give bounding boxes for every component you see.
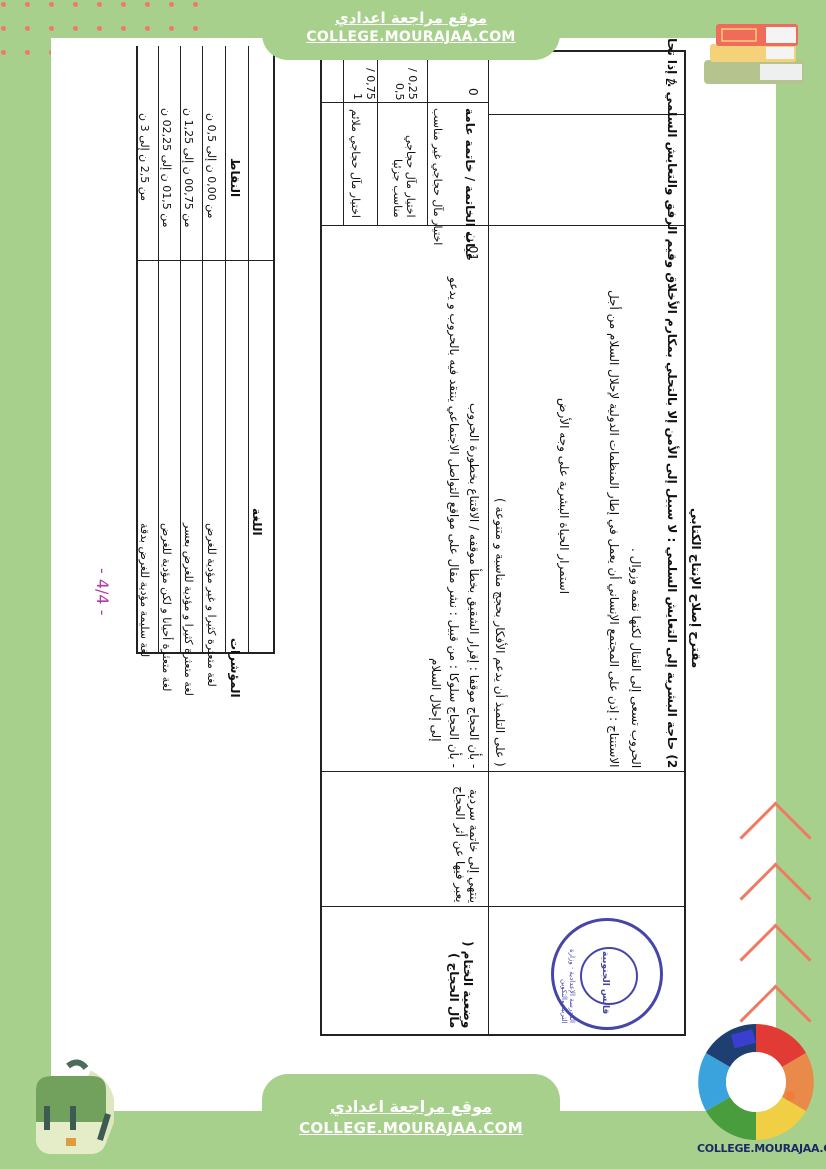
lang-indicator: لغة متعثرة كثيرا و غير مؤدية للغرض	[205, 523, 218, 687]
criteria-option: غياب الخاتمة / خاتمة عامة	[463, 108, 477, 261]
decor-dot	[1, 2, 6, 7]
instruction-item: - بأن الحجاج موقفا : إقرار الشقيق بخطأ م…	[467, 258, 481, 768]
lang-points: من 00,75 ن إلى 1,25 ن	[182, 108, 195, 228]
document-title: مقترح إصلاح الإنتاج الكتابي	[689, 508, 703, 668]
main-text-line: لا سبيل إلى الأمن إلا بالتحلي بمكارم الأ…	[665, 38, 679, 533]
main-text-line: الحروب تسعى إلى القتال لكنها نقمة وزوال …	[629, 278, 643, 768]
lang-indicators-header: المؤشرات	[228, 638, 242, 698]
scanned-document: مقترح إصلاح الإنتاج الكتابي 2 2) حاجة ال…	[51, 38, 776, 1074]
banner-arabic[interactable]: موقع مراجعة اعدادي	[262, 1096, 560, 1118]
decor-dot	[73, 2, 78, 7]
backpack-icon	[18, 1056, 114, 1156]
banner-url[interactable]: COLLEGE.MOURAJAA.COM	[262, 28, 560, 46]
decor-dot	[193, 2, 198, 7]
main-text-heading: 2) حاجة البشرية إلى التعايش السلمي :	[665, 537, 679, 768]
criteria-option: اختيار مآل حجاجي ملائم	[349, 108, 362, 218]
decor-dot	[121, 26, 126, 31]
lang-indicator: لغة سليمة مؤدية للغرض بدقة	[138, 523, 151, 657]
criteria-divider	[343, 52, 344, 225]
decor-dot	[25, 50, 30, 55]
decor-dot	[193, 26, 198, 31]
row-divider	[488, 114, 684, 115]
lang-indicator: لغة متعثرة كثيرا و مؤدية للغرض بعسر	[182, 523, 195, 696]
decor-dot	[169, 2, 174, 7]
lang-row-divider	[158, 46, 159, 652]
site-logo[interactable]	[695, 1022, 817, 1142]
site-banner-bottom[interactable]: موقع مراجعة اعدادي COLLEGE.MOURAJAA.COM	[262, 1074, 560, 1169]
decor-dot	[97, 26, 102, 31]
decor-dot	[25, 2, 30, 7]
site-banner-top[interactable]: موقع مراجعة اعدادي COLLEGE.MOURAJAA.COM	[262, 0, 560, 60]
lang-row-divider	[225, 46, 226, 652]
conclusion-row-label: وضعية الختام ( مآل الحجاج )	[447, 918, 475, 1028]
banner-arabic[interactable]: موقع مراجعة اعدادي	[262, 8, 560, 28]
instruction-item: - بأن الحجاج سلوكا : من قبيل : نشر مقال …	[447, 258, 461, 768]
lang-table-border-right	[273, 46, 275, 654]
decor-dot	[145, 26, 150, 31]
instruction-item: إلى إحلال السلام	[429, 658, 443, 742]
decor-dot	[73, 26, 78, 31]
decor-dot	[145, 2, 150, 7]
row-divider	[320, 906, 686, 907]
lang-points: من 2,5 ن إلى 3 ن	[138, 113, 151, 201]
books-icon	[700, 12, 818, 92]
criteria-divider	[427, 52, 428, 225]
lang-row-divider	[202, 46, 203, 652]
row-divider	[320, 225, 686, 226]
decor-dot	[1, 50, 6, 55]
main-text-line: الاستنتاج : إذن على المجتمع الإنساني أن …	[607, 278, 621, 768]
decor-dot	[49, 26, 54, 31]
criteria-option-score: 0,75 / 1	[351, 60, 377, 100]
criteria-option: اختيار مآل حجاجي غير مناسب	[431, 108, 444, 245]
table-border-left	[320, 52, 322, 1036]
decor-dot	[121, 2, 126, 7]
lang-indicator: لغة متعثرة أحيانا و لكن مؤدية للغرض	[160, 523, 173, 691]
lang-table-divider	[136, 260, 275, 261]
criteria-option: اختيار مآل حجاجي مناسب جزئيا	[391, 108, 417, 218]
criteria-divider	[377, 52, 378, 225]
decor-dot	[169, 26, 174, 31]
criteria-option-score: 0	[466, 88, 480, 96]
lang-points: من 0,00 ن إلى 0,5 ن	[205, 113, 218, 219]
banner-url[interactable]: COLLEGE.MOURAJAA.COM	[262, 1118, 560, 1138]
table-border-right	[684, 50, 686, 1036]
row-divider	[320, 771, 686, 772]
lang-points: من 01,5 ن إلى 02,25 ن	[160, 108, 173, 228]
page-marker: - 4/4 -	[93, 568, 112, 615]
lang-row-divider	[248, 46, 249, 652]
decor-dot	[25, 26, 30, 31]
frame-left	[0, 0, 51, 1169]
stamp-outer-text: المدرسة الإعدادية · وزارة التربية والتكو…	[560, 929, 576, 1023]
logo-caption[interactable]: COLLEGE.MOURAJAA.COM	[697, 1142, 822, 1155]
main-text-heading-line: 2) حاجة البشرية إلى التعايش السلمي : لا …	[665, 278, 679, 768]
column-divider	[488, 52, 489, 1034]
main-text-line: استمرار الحياة البشرية على وجه الأرض	[557, 398, 571, 594]
decor-dot	[1, 26, 6, 31]
criteria-divider	[320, 102, 488, 103]
instructions-intro: ( على التلميذ أن يدعم الأفكار بحجج مناسب…	[493, 498, 507, 767]
criteria-option-score: 0,25 / 0,5	[393, 60, 419, 100]
decor-dot	[49, 2, 54, 7]
stamp-inner-text: قابس الجنوبية	[600, 951, 610, 1014]
table-border-bottom	[320, 1034, 686, 1036]
lang-row-divider	[180, 46, 181, 652]
lang-points-header: النقاط	[228, 158, 242, 197]
conclusion-row-label: ينتهي إلى خاتمة سردية يعبر فيها عن أثر ا…	[453, 783, 481, 903]
lang-table-title: اللغة	[250, 508, 264, 536]
decor-dot	[97, 2, 102, 7]
school-stamp: قابس الجنوبية المدرسة الإعدادية · وزارة …	[551, 918, 663, 1030]
